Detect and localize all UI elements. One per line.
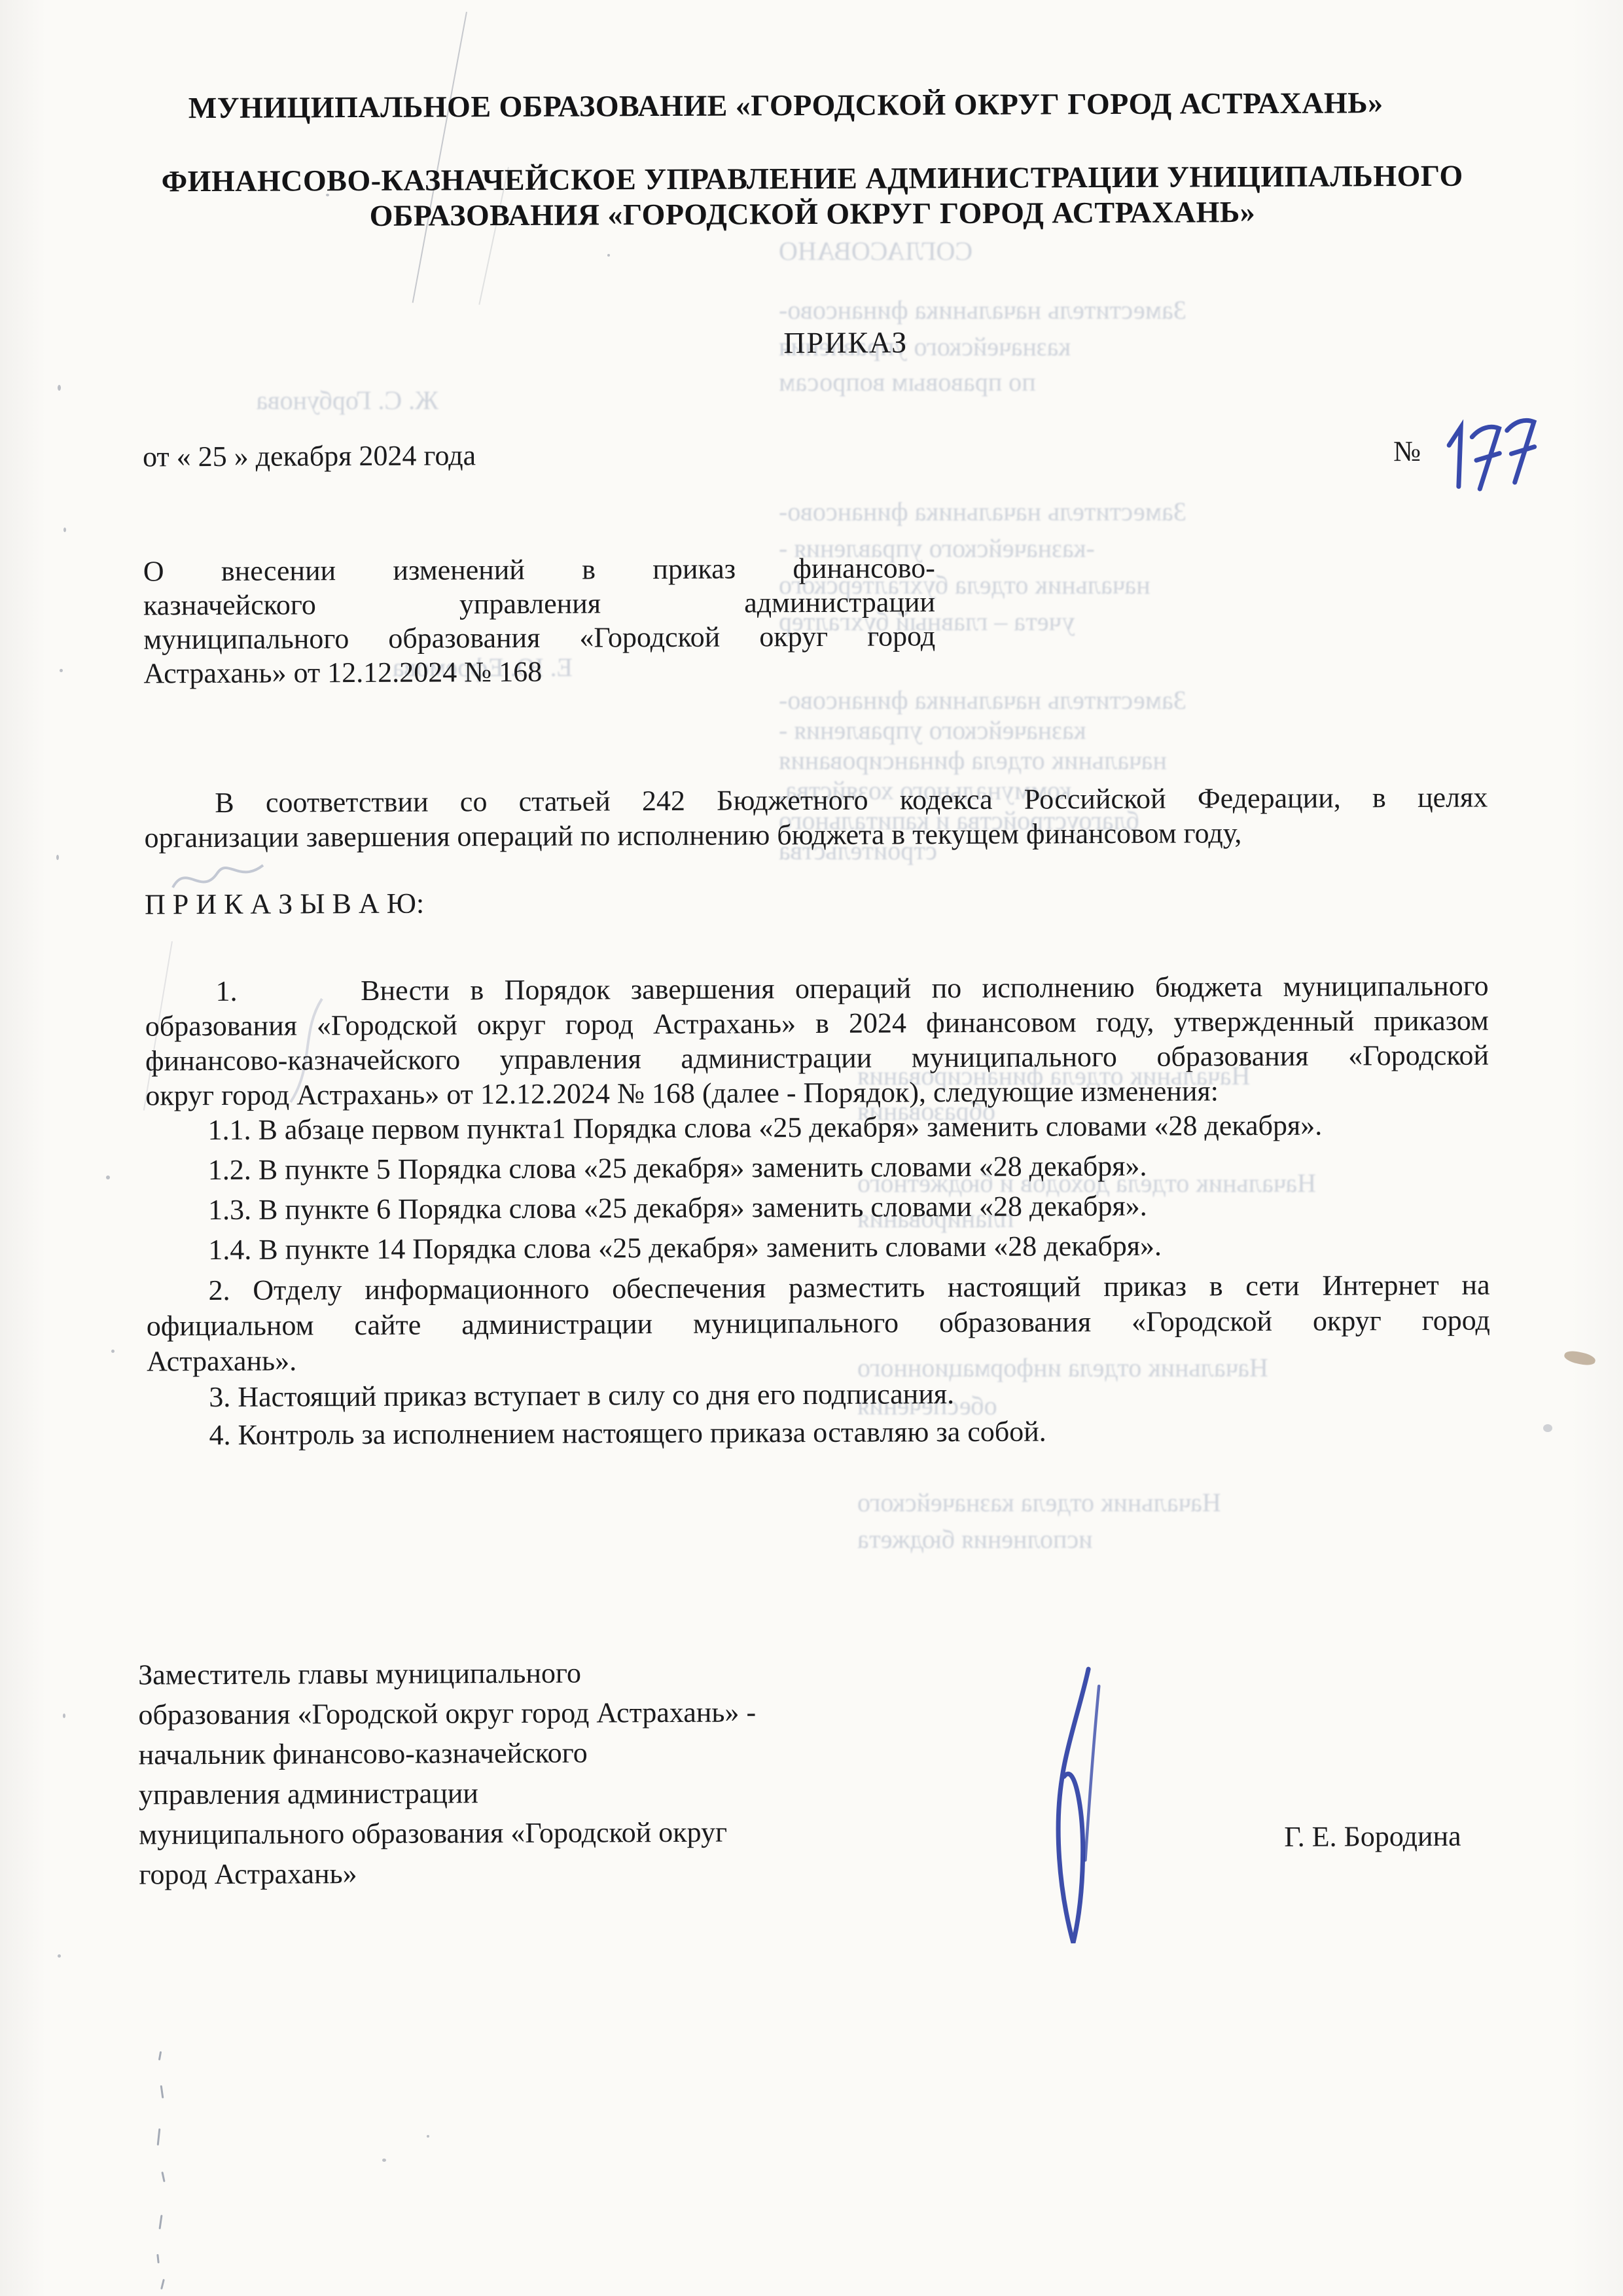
subject-line: муниципального образования «Городской ок…	[143, 619, 935, 656]
order-item-line: 2. Отделу информационного обеспечения ра…	[146, 1267, 1489, 1308]
doc-type-title: ПРИКАЗ	[34, 321, 1623, 363]
scanned-order-page: СОГЛАСОВАНОЗаместитель начальника финанс…	[0, 0, 1623, 2296]
document-content: МУНИЦИПАЛЬНОЕ ОБРАЗОВАНИЕ «ГОРОДСКОЙ ОКР…	[0, 0, 1623, 2296]
subject-line: казначейского управления администрации	[143, 585, 935, 622]
signatory-position-line: Заместитель главы муниципального	[138, 1651, 923, 1695]
signatory-position-line: начальник финансово-казначейского	[139, 1731, 924, 1774]
preamble-line: В соответствии со статьей 242 Бюджетного…	[144, 780, 1488, 821]
signatory-position: Заместитель главы муниципального образов…	[138, 1651, 925, 1894]
order-item-line: округ город Астрахань» от 12.12.2024 № 1…	[145, 1072, 1489, 1113]
order-item-line: образования «Городской округ город Астра…	[145, 1003, 1489, 1043]
org-name-line2-text: ФИНАНСОВО-КАЗНАЧЕЙСКОЕ УПРАВЛЕНИЕ АДМИНИ…	[1, 158, 1623, 200]
number-sign: №	[1393, 435, 1421, 468]
order-item-line: официальном сайте администрации муниципа…	[147, 1302, 1490, 1344]
subject-line: Астрахань» от 12.12.2024 № 168	[143, 653, 935, 691]
order-subitem-1-4: 1.4. В пункте 14 Порядка слова «25 декаб…	[208, 1229, 1162, 1266]
preamble-line: организации завершения операций по испол…	[144, 815, 1488, 855]
order-item-4: 4. Контроль за исполнением настоящего пр…	[209, 1414, 1046, 1452]
order-subitem-1-3: 1.3. В пункте 6 Порядка слова «25 декабр…	[208, 1189, 1147, 1227]
resolution-heading: П Р И К А З Ы В А Ю:	[145, 887, 424, 922]
order-item-line: Астрахань».	[147, 1338, 1490, 1379]
subject-line: О внесении изменений в приказ финансово-	[143, 551, 935, 588]
org-name-line1: МУНИЦИПАЛЬНОЕ ОБРАЗОВАНИЕ «ГОРОДСКОЙ ОКР…	[0, 84, 1597, 126]
org-name-line3-text: ОБРАЗОВАНИЯ «ГОРОДСКОЙ ОКРУГ ГОРОД АСТРА…	[1, 193, 1623, 236]
signatory-position-line: управления администрации	[139, 1771, 924, 1814]
signatory-position-line: муниципального образования «Городской ок…	[139, 1811, 924, 1854]
order-item-2: 2. Отделу информационного обеспечения ра…	[146, 1267, 1490, 1379]
org-name-line2: ФИНАНСОВО-КАЗНАЧЕЙСКОЕ УПРАВЛЕНИЕ АДМИНИ…	[1, 158, 1623, 236]
order-item-line: финансово-казначейского управления админ…	[145, 1037, 1489, 1078]
order-item-line: 1. Внести в Порядок завершения операций …	[145, 969, 1488, 1009]
preamble-paragraph: В соответствии со статьей 242 Бюджетного…	[144, 780, 1488, 855]
signatory-position-line: образования «Городской округ город Астра…	[138, 1691, 923, 1734]
handwritten-signature	[1045, 1665, 1112, 1953]
signatory-name: Г. Е. Бородина	[1284, 1820, 1461, 1854]
signatory-position-line: город Астрахань»	[139, 1851, 924, 1894]
subject-paragraph: О внесении изменений в приказ финансово-…	[143, 551, 936, 691]
order-item-1: 1. Внести в Порядок завершения операций …	[145, 969, 1489, 1113]
order-item-3: 3. Настоящий приказ вступает в силу со д…	[209, 1377, 954, 1414]
order-subitem-1-1: 1.1. В абзаце первом пункта1 Порядка сло…	[207, 1109, 1322, 1147]
order-subitem-1-2: 1.2. В пункте 5 Порядка слова «25 декабр…	[208, 1149, 1147, 1187]
handwritten-number	[1430, 410, 1555, 493]
date-line: от « 25 » декабря 2024 года	[143, 439, 476, 473]
